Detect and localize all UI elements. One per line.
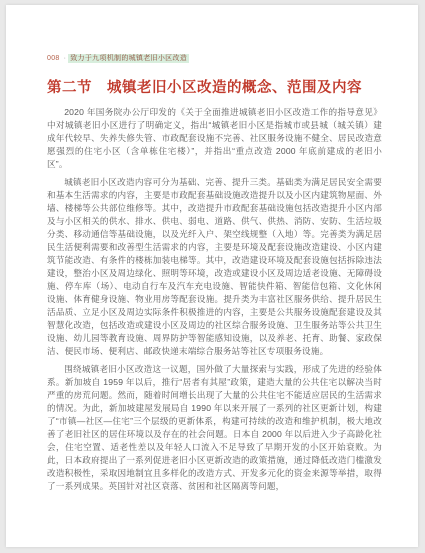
page-number: 008 (47, 55, 60, 62)
body-text: 2020 年国务院办公厅印发的《关于全面推进城镇老旧小区改造工作的指导意见》中对… (47, 106, 382, 493)
book-page: 008·致力于九项机制的城镇老旧小区改造 第二节 城镇老旧小区改造的概念、范围及… (6, 5, 418, 547)
paragraph-definition: 2020 年国务院办公厅印发的《关于全面推进城镇老旧小区改造工作的指导意见》中对… (47, 106, 382, 171)
paragraph-international-experience: 围绕城镇老旧小区改造这一议题，国外做了大量探索与实践，形成了先进的经验体系。新加… (47, 363, 382, 493)
running-header: 008·致力于九项机制的城镇老旧小区改造 (47, 54, 382, 64)
section-title: 第二节 城镇老旧小区改造的概念、范围及内容 (47, 79, 382, 97)
book-title: 致力于九项机制的城镇老旧小区改造 (68, 54, 189, 63)
paragraph-renovation-categories: 城镇老旧小区改造内容可分为基础、完善、提升三类。基础类为满足居民安全需要和基本生… (47, 176, 382, 358)
header-separator: · (64, 55, 67, 62)
